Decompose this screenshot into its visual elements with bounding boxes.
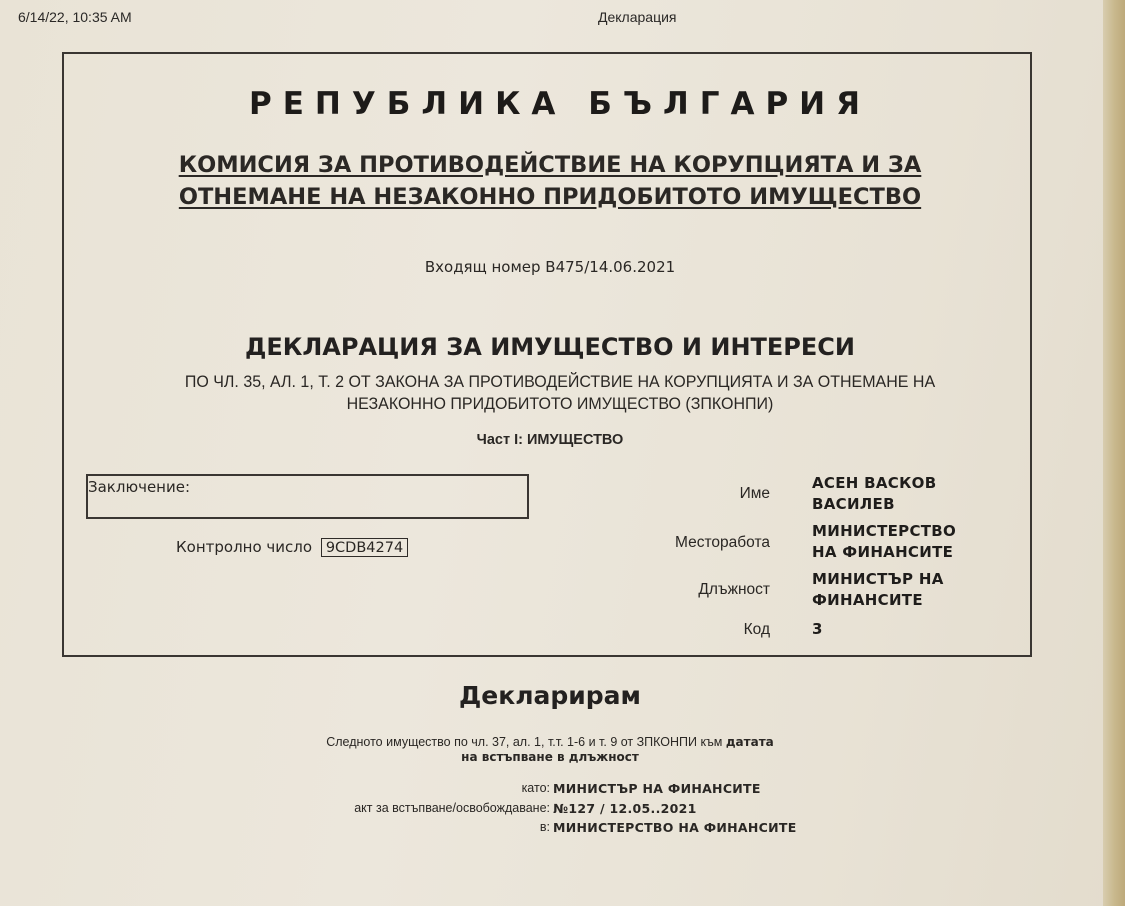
conclusion-box: Заключение: — [86, 474, 529, 519]
field-value-name-line-2: ВАСИЛЕВ — [812, 494, 936, 515]
following-text: Следното имущество по чл. 37, ал. 1, т.т… — [326, 735, 722, 749]
declaration-title: ДЕКЛАРАЦИЯ ЗА ИМУЩЕСТВО И ИНТЕРЕСИ — [100, 333, 1000, 361]
following-bold-date: датата — [726, 735, 774, 749]
declare-heading: Декларирам — [300, 681, 800, 710]
field-value-workplace-line-2: НА ФИНАНСИТЕ — [812, 542, 956, 563]
as-label: като: — [150, 781, 550, 795]
field-value-workplace-line-1: МИНИСТЕРСТВО — [812, 521, 956, 542]
in-label: в: — [150, 820, 550, 834]
field-label-name: Име — [570, 485, 770, 503]
field-value-workplace: МИНИСТЕРСТВО НА ФИНАНСИТЕ — [812, 521, 956, 563]
control-number-label: Контролно число — [176, 538, 312, 556]
control-number: Контролно число 9CDB4274 — [176, 538, 408, 557]
print-timestamp: 6/14/22, 10:35 AM — [18, 9, 132, 25]
field-label-position: Длъжност — [570, 581, 770, 599]
field-label-workplace: Месторабота — [570, 534, 770, 552]
following-bold-entry: на встъпване в длъжност — [461, 750, 639, 764]
control-number-value: 9CDB4274 — [321, 538, 408, 557]
print-page-title: Декларация — [598, 9, 677, 25]
field-value-code: 3 — [812, 619, 823, 640]
field-value-name-line-1: АСЕН ВАСКОВ — [812, 473, 936, 494]
incoming-number: Входящ номер В475/14.06.2021 — [300, 258, 800, 276]
commission-line-2: ОТНЕМАНЕ НА НЕЗАКОННО ПРИДОБИТОТО ИМУЩЕС… — [90, 181, 1010, 213]
declaration-subtitle-line-1: ПО ЧЛ. 35, АЛ. 1, Т. 2 ОТ ЗАКОНА ЗА ПРОТ… — [114, 371, 1006, 393]
in-value: МИНИСТЕРСТВО НА ФИНАНСИТЕ — [553, 820, 797, 835]
commission-heading: КОМИСИЯ ЗА ПРОТИВОДЕЙСТВИЕ НА КОРУПЦИЯТА… — [90, 149, 1010, 213]
field-value-position-line-1: МИНИСТЪР НА — [812, 569, 944, 590]
part-heading: Част I: ИМУЩЕСТВО — [300, 432, 800, 448]
following-assets-text: Следното имущество по чл. 37, ал. 1, т.т… — [200, 735, 900, 765]
field-value-position-line-2: ФИНАНСИТЕ — [812, 590, 944, 611]
act-label: акт за встъпване/освобождаване: — [150, 801, 550, 815]
conclusion-label: Заключение: — [88, 478, 190, 496]
commission-line-1: КОМИСИЯ ЗА ПРОТИВОДЕЙСТВИЕ НА КОРУПЦИЯТА… — [90, 149, 1010, 181]
declaration-subtitle: ПО ЧЛ. 35, АЛ. 1, Т. 2 ОТ ЗАКОНА ЗА ПРОТ… — [114, 371, 1006, 415]
declaration-subtitle-line-2: НЕЗАКОННО ПРИДОБИТОТО ИМУЩЕСТВО (ЗПКОНПИ… — [114, 393, 1006, 415]
field-label-code: Код — [570, 621, 770, 639]
field-value-name: АСЕН ВАСКОВ ВАСИЛЕВ — [812, 473, 936, 515]
as-value: МИНИСТЪР НА ФИНАНСИТЕ — [553, 781, 761, 796]
field-value-position: МИНИСТЪР НА ФИНАНСИТЕ — [812, 569, 944, 611]
act-value: №127 / 12.05..2021 — [553, 801, 697, 816]
desk-background-edge — [1103, 0, 1125, 906]
republic-heading: РЕПУБЛИКА БЪЛГАРИЯ — [60, 86, 1060, 122]
